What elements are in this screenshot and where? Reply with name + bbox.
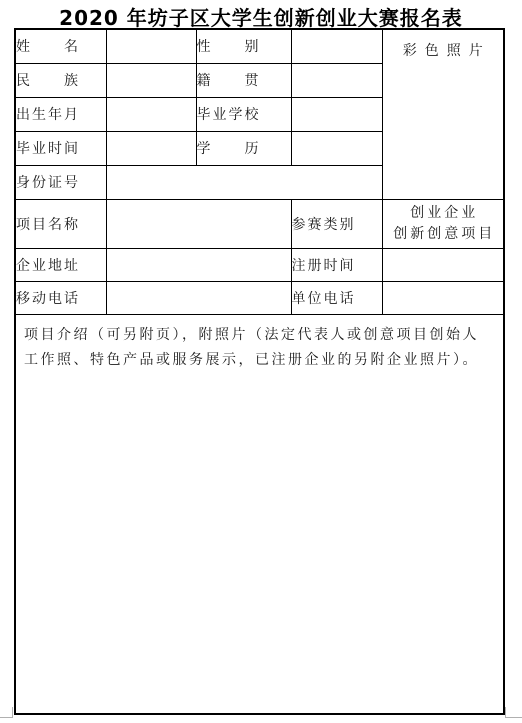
native-place-value-cell[interactable]	[291, 63, 382, 97]
project-name-label: 项目名称	[15, 199, 106, 248]
project-intro-note: 项目介绍（可另附页），附照片（法定代表人或创意项目创始人工作照、特色产品或服务展…	[16, 315, 503, 373]
education-label: 学 历	[196, 131, 291, 165]
document-page: 2020 年坊子区大学生创新创业大赛报名表 姓 名 性 别 彩色照片 民 族 籍…	[0, 0, 522, 723]
project-name-value-cell[interactable]	[106, 199, 291, 248]
row-phones: 移动电话 单位电话	[15, 281, 504, 314]
category-option-innovation: 创新创意项目	[383, 224, 504, 245]
project-intro-cell[interactable]: 项目介绍（可另附页），附照片（法定代表人或创意项目创始人工作照、特色产品或服务展…	[15, 314, 504, 714]
entry-category-label: 参赛类别	[291, 199, 382, 248]
registration-form-table: 姓 名 性 别 彩色照片 民 族 籍 贯 出生年月 毕业学校 毕业时间 学 历	[14, 28, 505, 715]
row-address-register: 企业地址 注册时间	[15, 248, 504, 281]
entry-category-options-cell[interactable]: 创业企业 创新创意项目	[382, 199, 504, 248]
native-place-label: 籍 贯	[196, 63, 291, 97]
company-phone-value-cell[interactable]	[382, 281, 504, 314]
id-number-value-cell[interactable]	[106, 165, 382, 199]
ethnicity-label: 民 族	[15, 63, 106, 97]
name-value-cell[interactable]	[106, 29, 196, 63]
mobile-phone-value-cell[interactable]	[106, 281, 291, 314]
id-number-label: 身份证号	[15, 165, 106, 199]
company-phone-label: 单位电话	[291, 281, 382, 314]
grad-school-label: 毕业学校	[196, 97, 291, 131]
grad-school-value-cell[interactable]	[291, 97, 382, 131]
page-margin-mark-bottom-right	[505, 707, 522, 718]
company-address-label: 企业地址	[15, 248, 106, 281]
education-value-cell[interactable]	[291, 131, 382, 165]
color-photo-cell[interactable]: 彩色照片	[382, 29, 504, 199]
ethnicity-value-cell[interactable]	[106, 63, 196, 97]
grad-time-value-cell[interactable]	[106, 131, 196, 165]
row-name-gender: 姓 名 性 别 彩色照片	[15, 29, 504, 63]
row-project-category: 项目名称 参赛类别 创业企业 创新创意项目	[15, 199, 504, 248]
form-title: 2020 年坊子区大学生创新创业大赛报名表	[0, 2, 522, 31]
category-option-startup: 创业企业	[383, 203, 504, 224]
register-time-value-cell[interactable]	[382, 248, 504, 281]
birth-date-value-cell[interactable]	[106, 97, 196, 131]
gender-label: 性 别	[196, 29, 291, 63]
register-time-label: 注册时间	[291, 248, 382, 281]
page-margin-mark-bottom-left	[0, 707, 13, 718]
grad-time-label: 毕业时间	[15, 131, 106, 165]
birth-date-label: 出生年月	[15, 97, 106, 131]
row-project-intro: 项目介绍（可另附页），附照片（法定代表人或创意项目创始人工作照、特色产品或服务展…	[15, 314, 504, 714]
name-label: 姓 名	[15, 29, 106, 63]
color-photo-label: 彩色照片	[383, 30, 504, 60]
gender-value-cell[interactable]	[291, 29, 382, 63]
mobile-phone-label: 移动电话	[15, 281, 106, 314]
company-address-value-cell[interactable]	[106, 248, 291, 281]
